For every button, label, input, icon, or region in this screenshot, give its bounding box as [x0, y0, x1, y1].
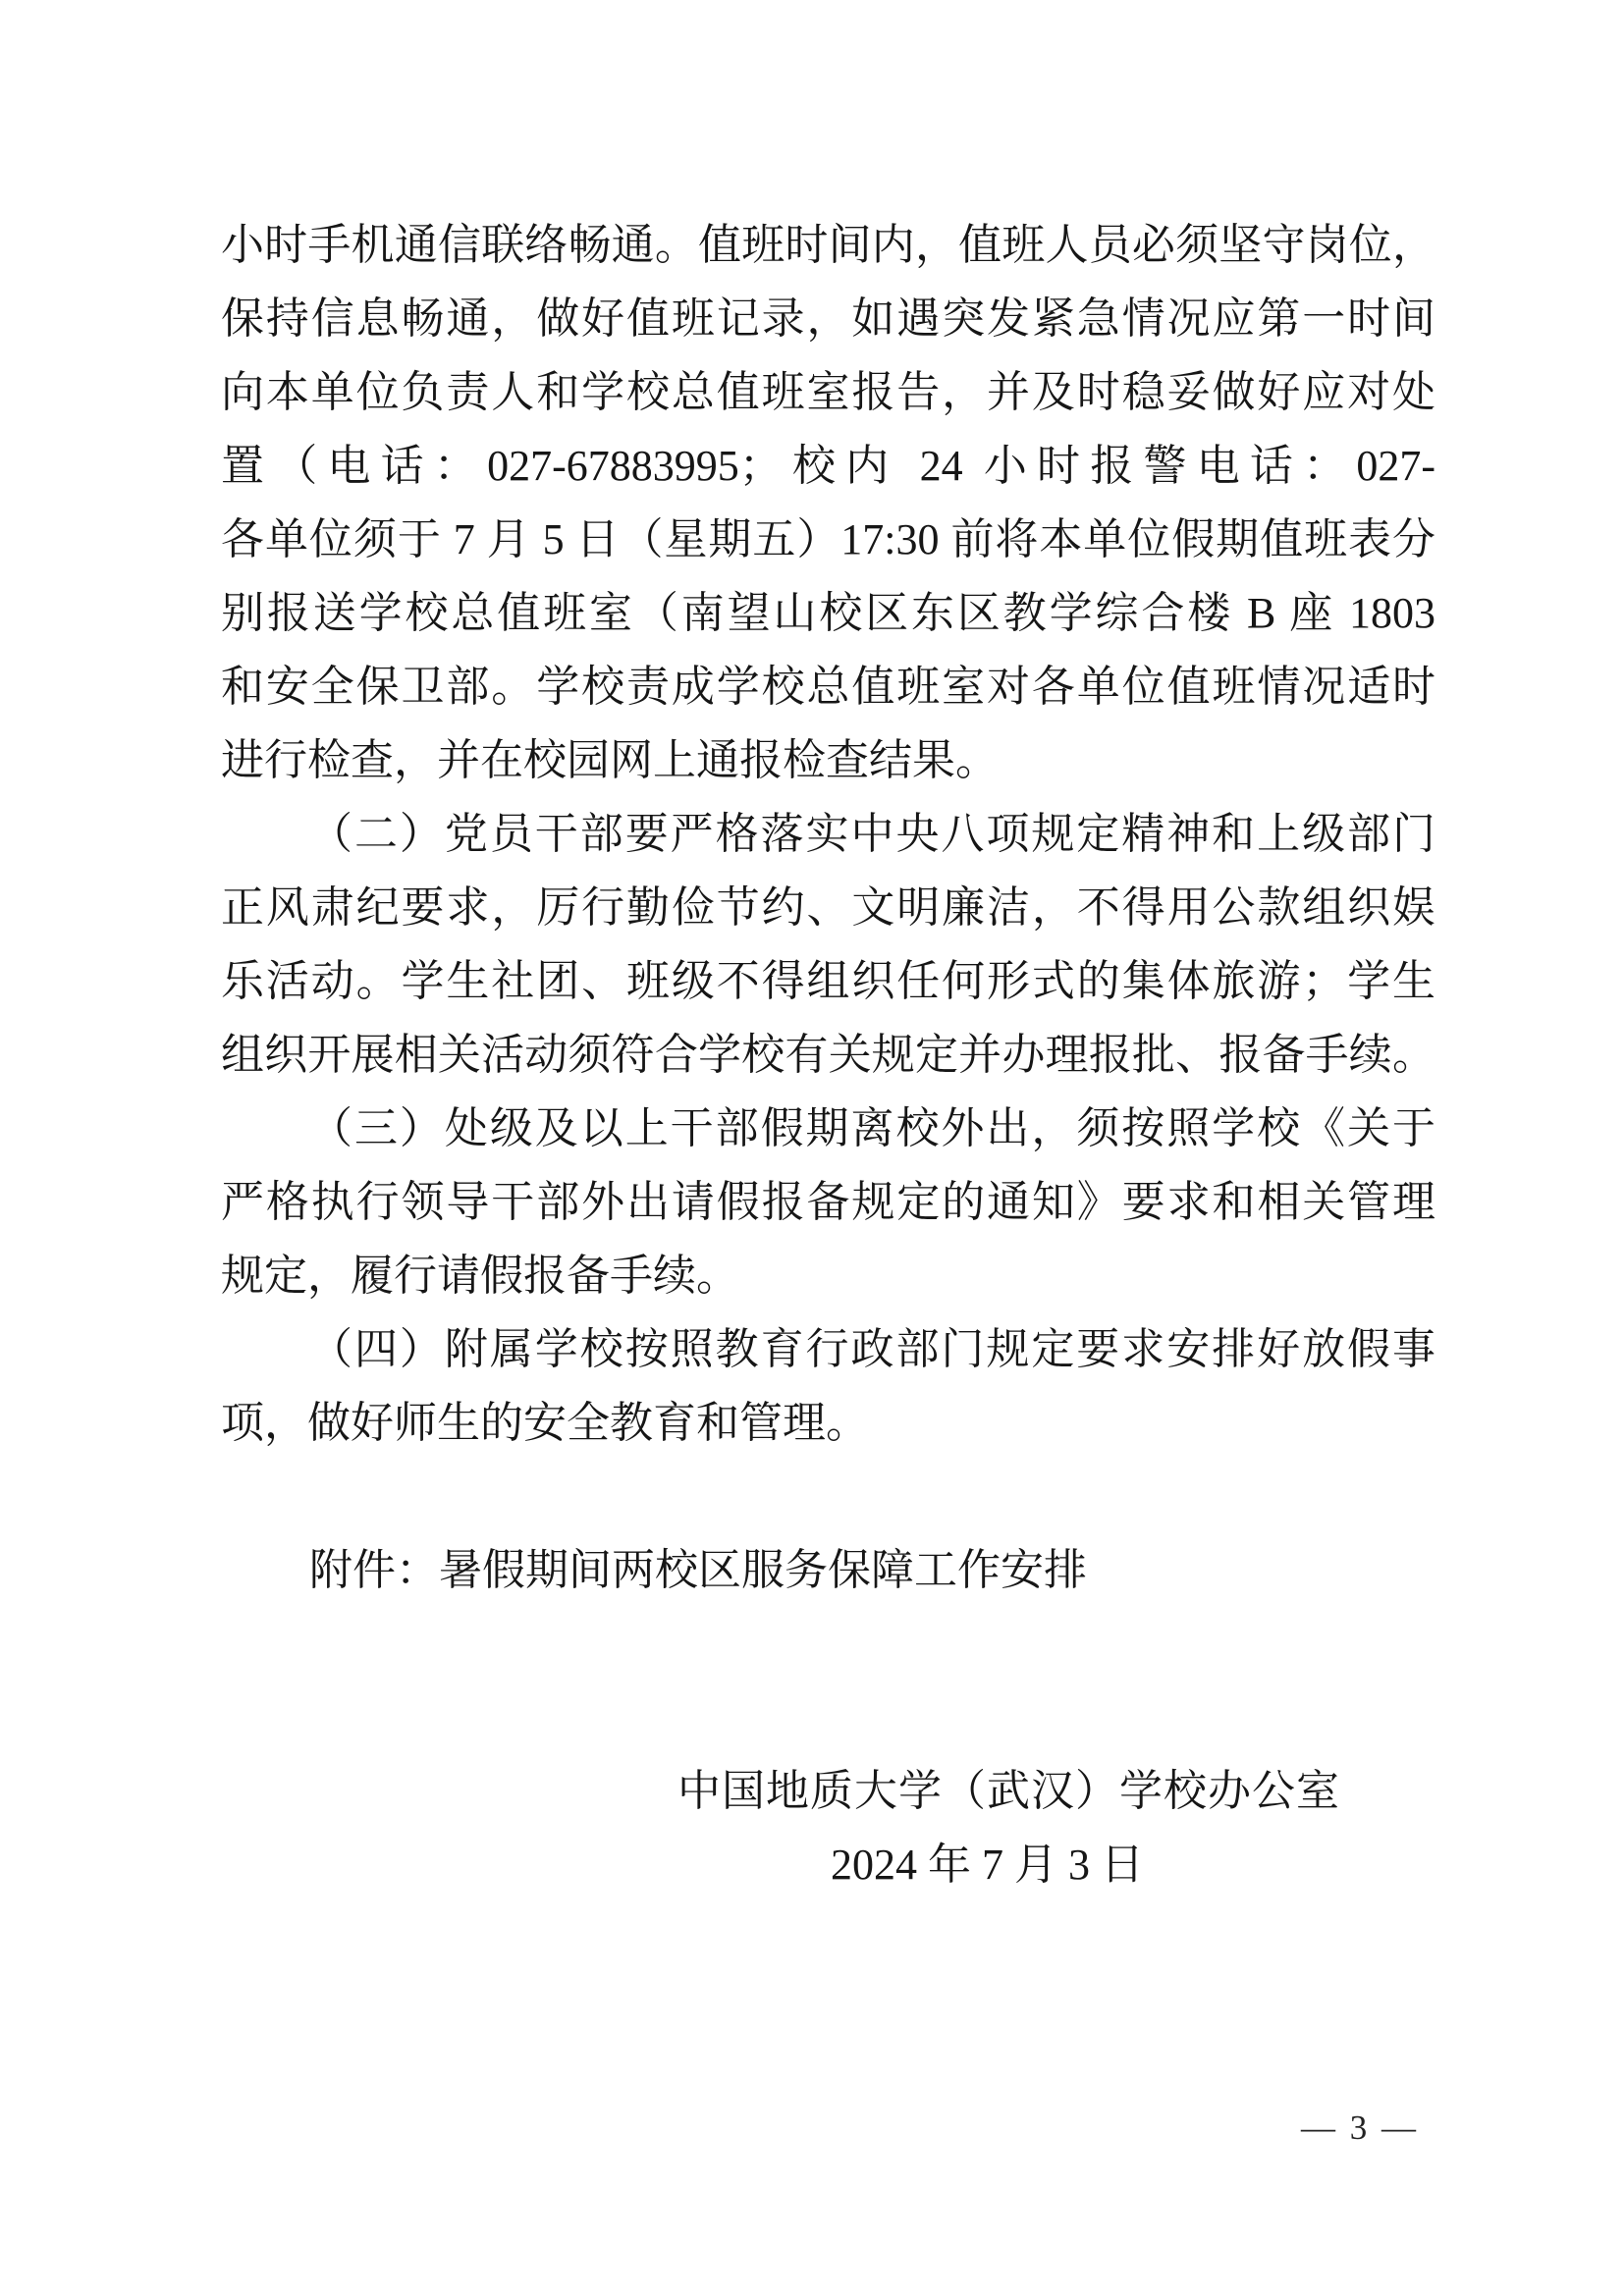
body-line-1: 小时手机通信联络畅通。值班时间内，值班人员必须坚守岗位，: [221, 208, 1435, 282]
body-line-8: 进行检查，并在校园网上通报检查结果。: [221, 723, 1435, 797]
body-line-5: 各单位须于 7 月 5 日（星期五）17:30 前将本单位假期值班表分: [221, 503, 1435, 576]
document-body: 小时手机通信联络畅通。值班时间内，值班人员必须坚守岗位， 保持信息畅通，做好值班…: [221, 208, 1435, 1901]
body-line-9: （二）党员干部要严格落实中央八项规定精神和上级部门: [221, 797, 1435, 871]
body-line-3: 向本单位负责人和学校总值班室报告，并及时稳妥做好应对处: [221, 355, 1435, 429]
body-line-11: 乐活动。学生社团、班级不得组织任何形式的集体旅游；学生: [221, 944, 1435, 1018]
document-page: 小时手机通信联络畅通。值班时间内，值班人员必须坚守岗位， 保持信息畅通，做好值班…: [0, 0, 1624, 2296]
body-line-10: 正风肃纪要求，厉行勤俭节约、文明廉洁，不得用公款组织娱: [221, 871, 1435, 944]
attachment-line: 附件：暑假期间两校区服务保障工作安排: [221, 1533, 1435, 1607]
body-line-13: （三）处级及以上干部假期离校外出，须按照学校《关于: [221, 1092, 1435, 1165]
page-number: — 3 —: [1301, 2107, 1419, 2150]
signature-line: 中国地质大学（武汉）学校办公室: [677, 1754, 1435, 1828]
body-line-4: 置（电话：027-67883995；校内 24 小时报警电话：027-67883…: [221, 429, 1435, 503]
body-line-7: 和安全保卫部。学校责成学校总值班室对各单位值班情况适时: [221, 650, 1435, 723]
body-line-2: 保持信息畅通，做好值班记录，如遇突发紧急情况应第一时间: [221, 282, 1435, 355]
blank-line: [221, 1607, 1435, 1681]
body-line-16: （四）附属学校按照教育行政部门规定要求安排好放假事: [221, 1312, 1435, 1386]
body-line-15: 规定，履行请假报备手续。: [221, 1239, 1435, 1312]
body-line-12: 组织开展相关活动须符合学校有关规定并办理报批、报备手续。: [221, 1018, 1435, 1092]
blank-line: [221, 1460, 1435, 1533]
body-line-6: 别报送学校总值班室（南望山校区东区教学综合楼 B 座 1803 室）: [221, 576, 1435, 650]
date-line: 2024 年 7 月 3 日: [831, 1828, 1435, 1901]
blank-line: [221, 1681, 1435, 1754]
body-line-14: 严格执行领导干部外出请假报备规定的通知》要求和相关管理: [221, 1165, 1435, 1239]
body-line-17: 项，做好师生的安全教育和管理。: [221, 1386, 1435, 1460]
